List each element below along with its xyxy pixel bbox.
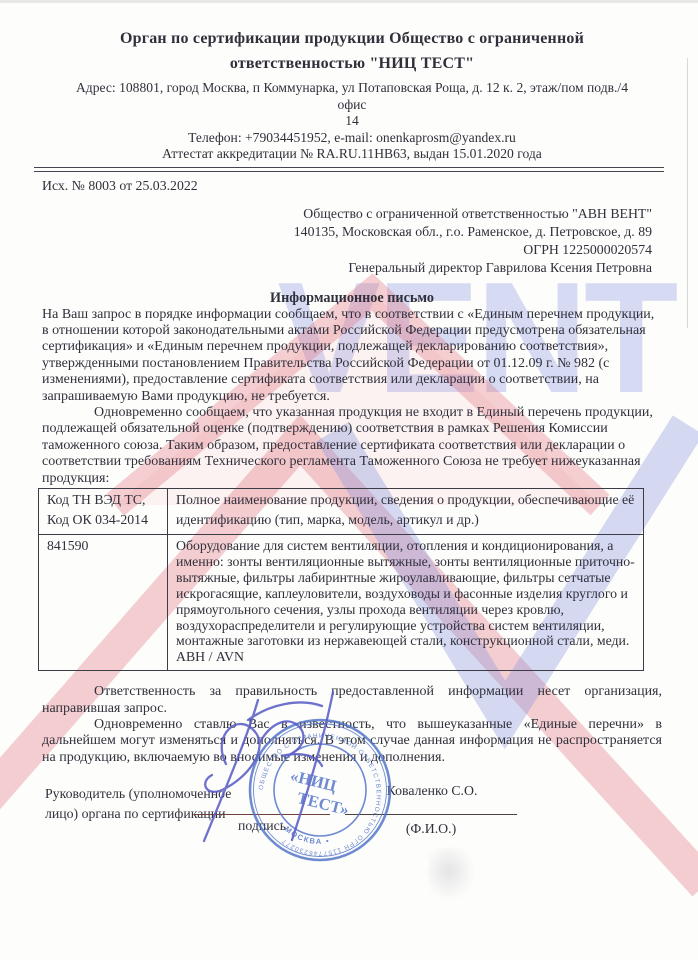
recipient-address: 140135, Московская обл., г.о. Раменское,… xyxy=(42,223,652,241)
paragraph-1: На Ваш запрос в порядке информации сообщ… xyxy=(42,307,662,405)
letterhead-title-line1: Орган по сертификации продукции Общество… xyxy=(42,26,662,51)
scanned-letter-page: { "colors": { "ink": "#30303c", "stamp_b… xyxy=(0,0,698,960)
recipient-director: Генеральный директор Гаврилова Ксения Пе… xyxy=(42,259,652,277)
letterhead-address-line2: 14 xyxy=(42,113,662,130)
letter-subject: Информационное письмо xyxy=(42,290,662,306)
name-line xyxy=(345,814,517,815)
signature-caption: подпись xyxy=(194,817,330,834)
table-header-name: Полное наименование продукции, сведения … xyxy=(168,488,644,534)
signatory-name: Коваленко С.О. xyxy=(347,782,517,799)
paragraph-2: Одновременно сообщаем, что указанная про… xyxy=(42,405,662,487)
name-caption: (Ф.И.О.) xyxy=(345,820,517,837)
table-cell-description: Оборудование для систем вентиляции, отоп… xyxy=(168,534,644,670)
table-cell-code: 841590 xyxy=(39,534,168,670)
table-header-row: Код ТН ВЭД ТС, Код ОК 034-2014 Полное на… xyxy=(39,488,644,534)
signatory-role-line1: Руководитель (уполномоченное xyxy=(45,784,260,804)
recipient-ogrn: ОГРН 1225000020574 xyxy=(42,241,652,259)
recipient-org: Общество с ограниченной ответственностью… xyxy=(42,205,652,223)
letterhead-divider xyxy=(34,167,664,172)
letterhead-title-line2: ответственностью "НИЦ ТЕСТ" xyxy=(42,51,662,76)
table-row: 841590 Оборудование для систем вентиляци… xyxy=(39,534,644,670)
product-brand: АВН / AVN xyxy=(176,649,635,665)
paper-sheet: VENT Орган по сертификации продукции Общ… xyxy=(0,0,698,960)
table-header-code: Код ТН ВЭД ТС, Код ОК 034-2014 xyxy=(39,488,168,534)
letterhead-accreditation: Аттестат аккредитации № RA.RU.11НВ63, вы… xyxy=(42,146,662,163)
letterhead-address-line1: Адрес: 108801, город Москва, п Коммунарк… xyxy=(72,80,632,113)
letter-content: Орган по сертификации продукции Общество… xyxy=(42,26,662,900)
recipient-block: Общество с ограниченной ответственностью… xyxy=(42,205,662,277)
product-table: Код ТН ВЭД ТС, Код ОК 034-2014 Полное на… xyxy=(38,488,644,671)
signature-line xyxy=(194,814,330,815)
paragraph-4: Одновременно ставлю Вас в известность, ч… xyxy=(42,717,662,766)
letterhead-contacts: Адрес: 108801, город Москва, п Коммунарк… xyxy=(42,80,662,163)
product-description: Оборудование для систем вентиляции, отоп… xyxy=(176,538,635,649)
scan-top-artifact xyxy=(0,0,698,3)
signature-block: Руководитель (уполномоченное лицо) орган… xyxy=(42,780,662,900)
outgoing-reference: Исх. № 8003 от 25.03.2022 xyxy=(42,178,662,194)
scan-edge-artifact xyxy=(687,58,688,328)
paragraph-3: Ответственность за правильность предоста… xyxy=(42,684,662,717)
letterhead-phone-email: Телефон: +79034451952, e-mail: onenkapro… xyxy=(42,130,662,147)
